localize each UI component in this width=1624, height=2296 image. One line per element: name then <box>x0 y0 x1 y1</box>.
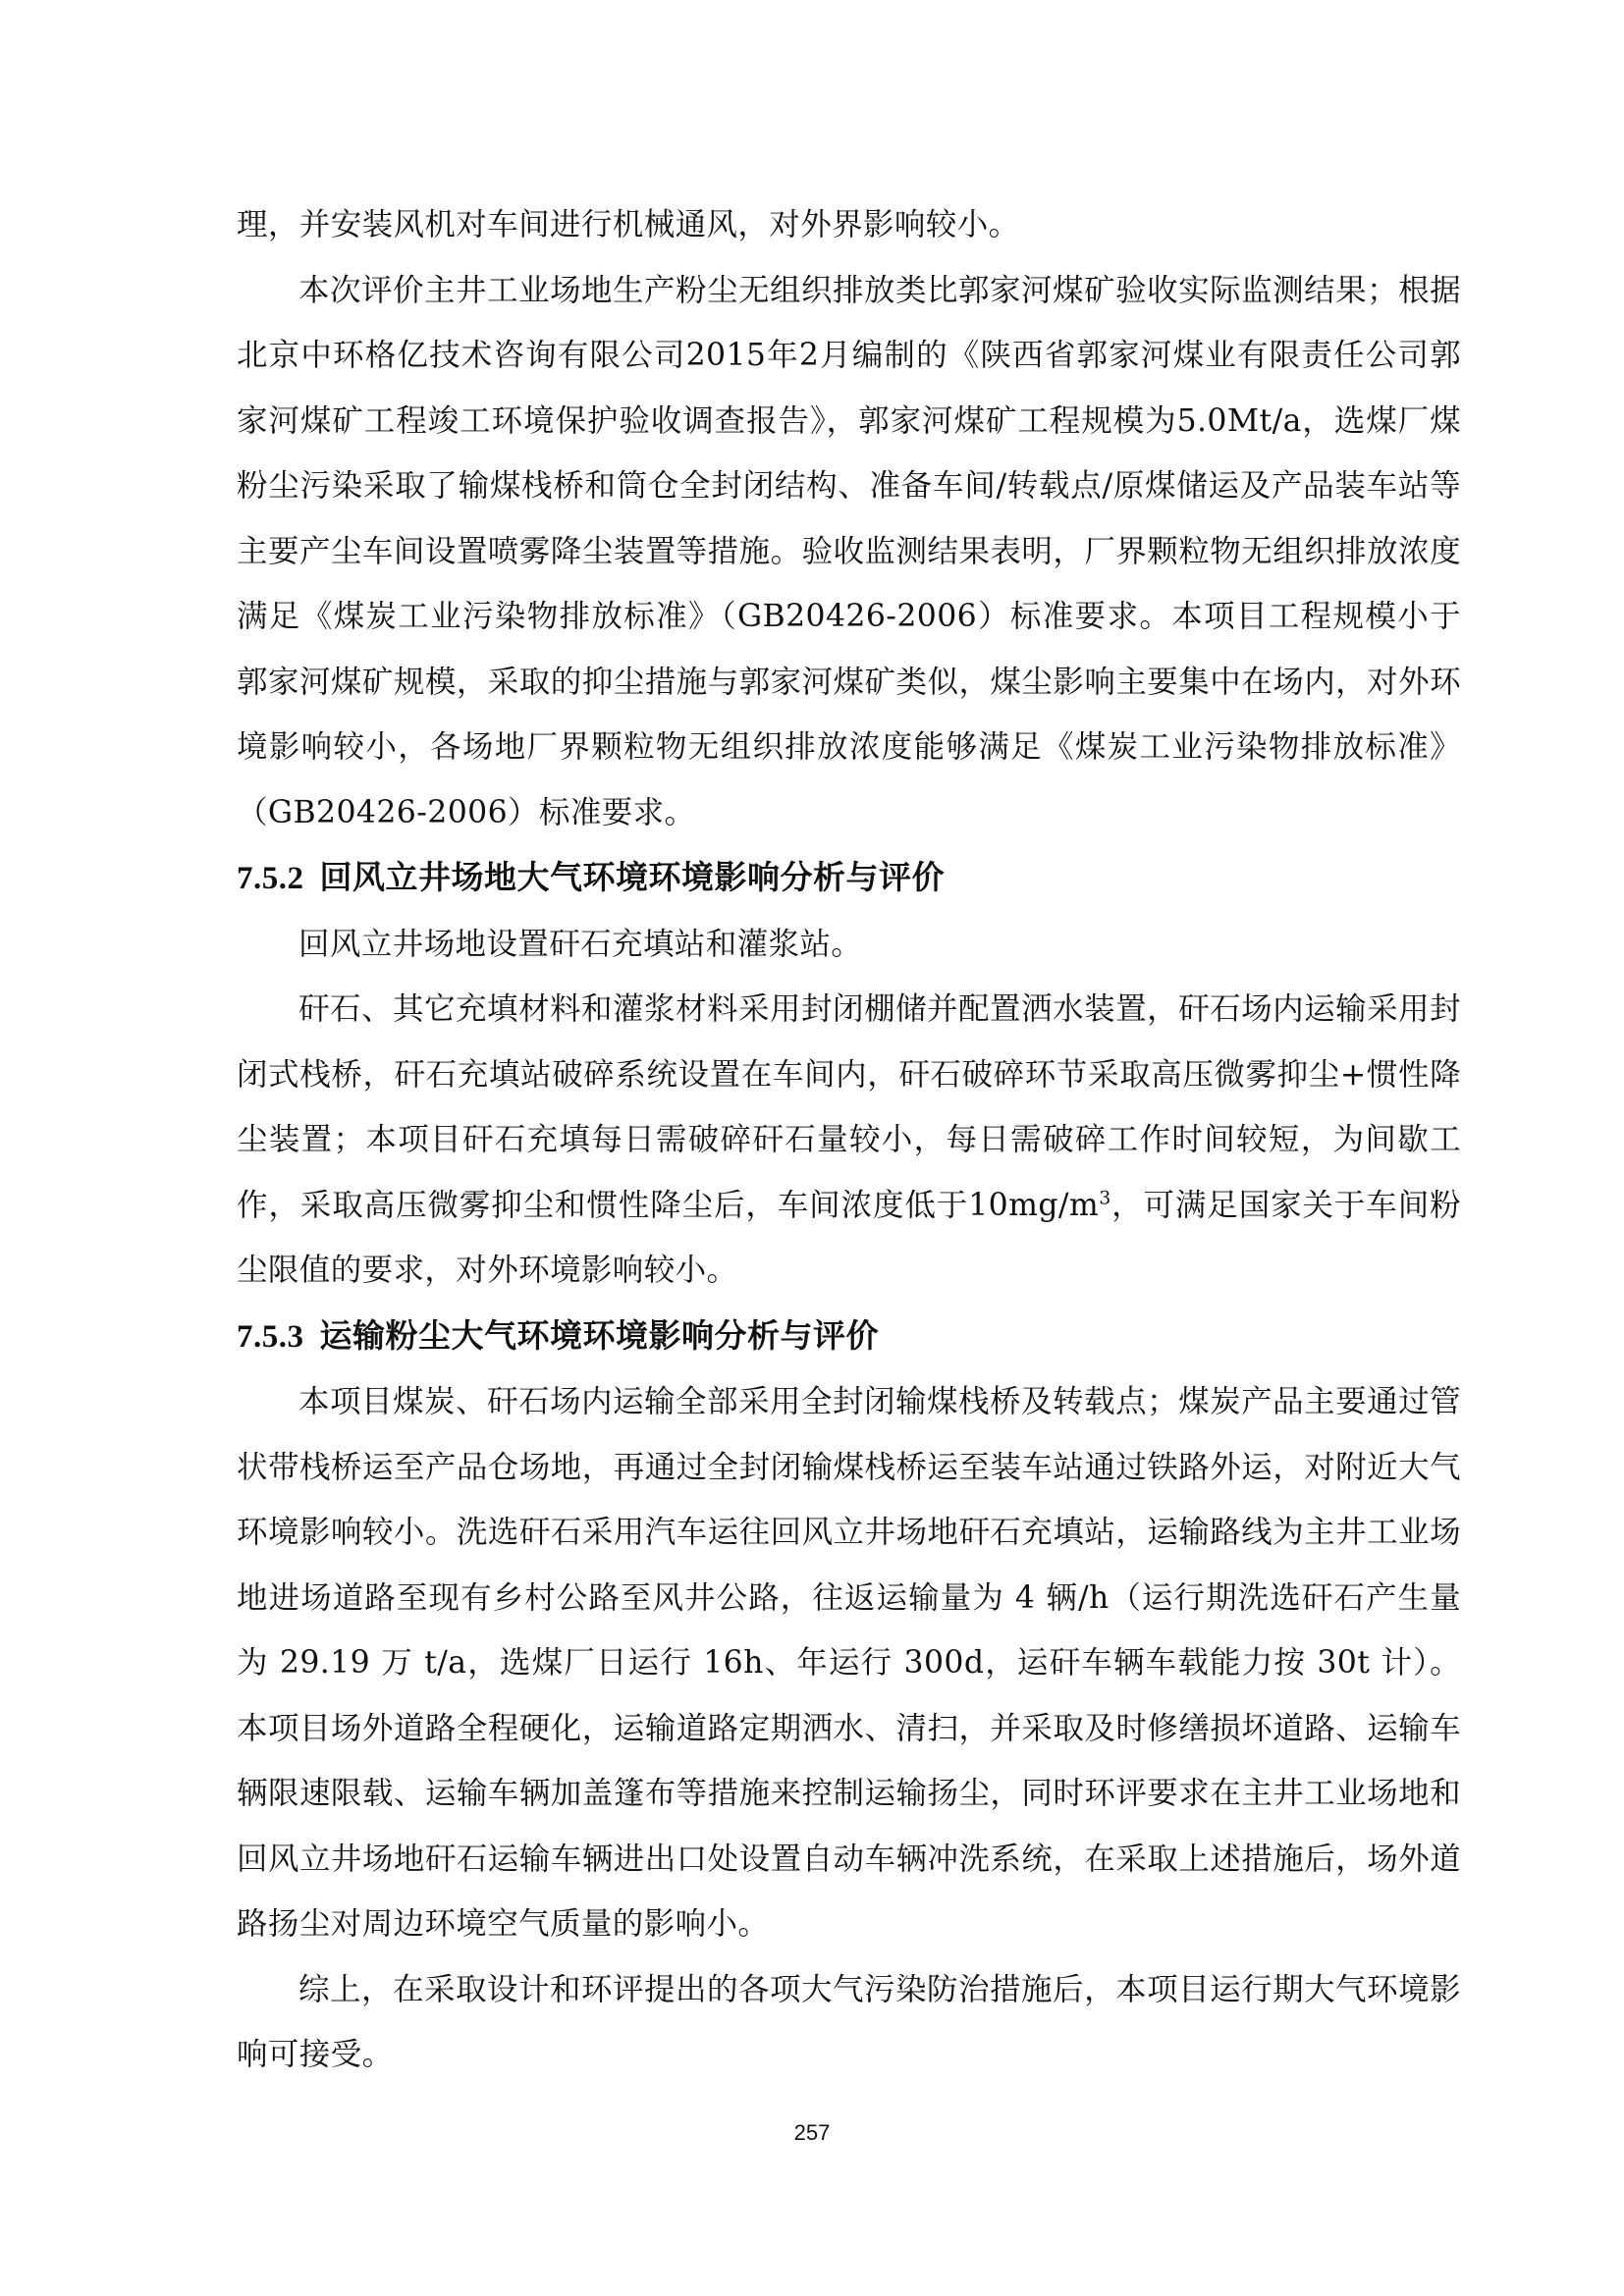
paragraph-transport-dust: 本项目煤炭、矸石场内运输全部采用全封闭输煤栈桥及转载点；煤炭产品主要通过管状带栈… <box>237 1369 1461 1957</box>
section-heading-7-5-3: 7.5.3运输粉尘大气环境环境影响分析与评价 <box>237 1304 1461 1370</box>
paragraph-continuation: 理，并安装风机对车间进行机械通风，对外界影响较小。 <box>237 192 1461 258</box>
section-number: 7.5.3 <box>237 1319 304 1355</box>
paragraph-gangue-measures: 矸石、其它充填材料和灌浆材料采用封闭棚储并配置洒水装置，矸石场内运输采用封闭式栈… <box>237 977 1461 1304</box>
document-page: 理，并安装风机对车间进行机械通风，对外界影响较小。 本次评价主井工业场地生产粉尘… <box>237 192 1461 2088</box>
section-number: 7.5.2 <box>237 861 304 896</box>
paragraph-monitoring-results: 本次评价主井工业场地生产粉尘无组织排放类比郭家河煤矿验收实际监测结果；根据北京中… <box>237 258 1461 846</box>
page-number: 257 <box>0 2120 1624 2146</box>
section-title: 运输粉尘大气环境环境影响分析与评价 <box>320 1316 880 1355</box>
section-title: 回风立井场地大气环境环境影响分析与评价 <box>320 858 946 896</box>
paragraph-conclusion: 综上，在采取设计和环评提出的各项大气污染防治措施后，本项目运行期大气环境影响可接… <box>237 1957 1461 2088</box>
superscript: 3 <box>1099 1187 1110 1208</box>
paragraph-shaft-facilities: 回风立井场地设置矸石充填站和灌浆站。 <box>237 912 1461 978</box>
section-heading-7-5-2: 7.5.2回风立井场地大气环境环境影响分析与评价 <box>237 845 1461 912</box>
